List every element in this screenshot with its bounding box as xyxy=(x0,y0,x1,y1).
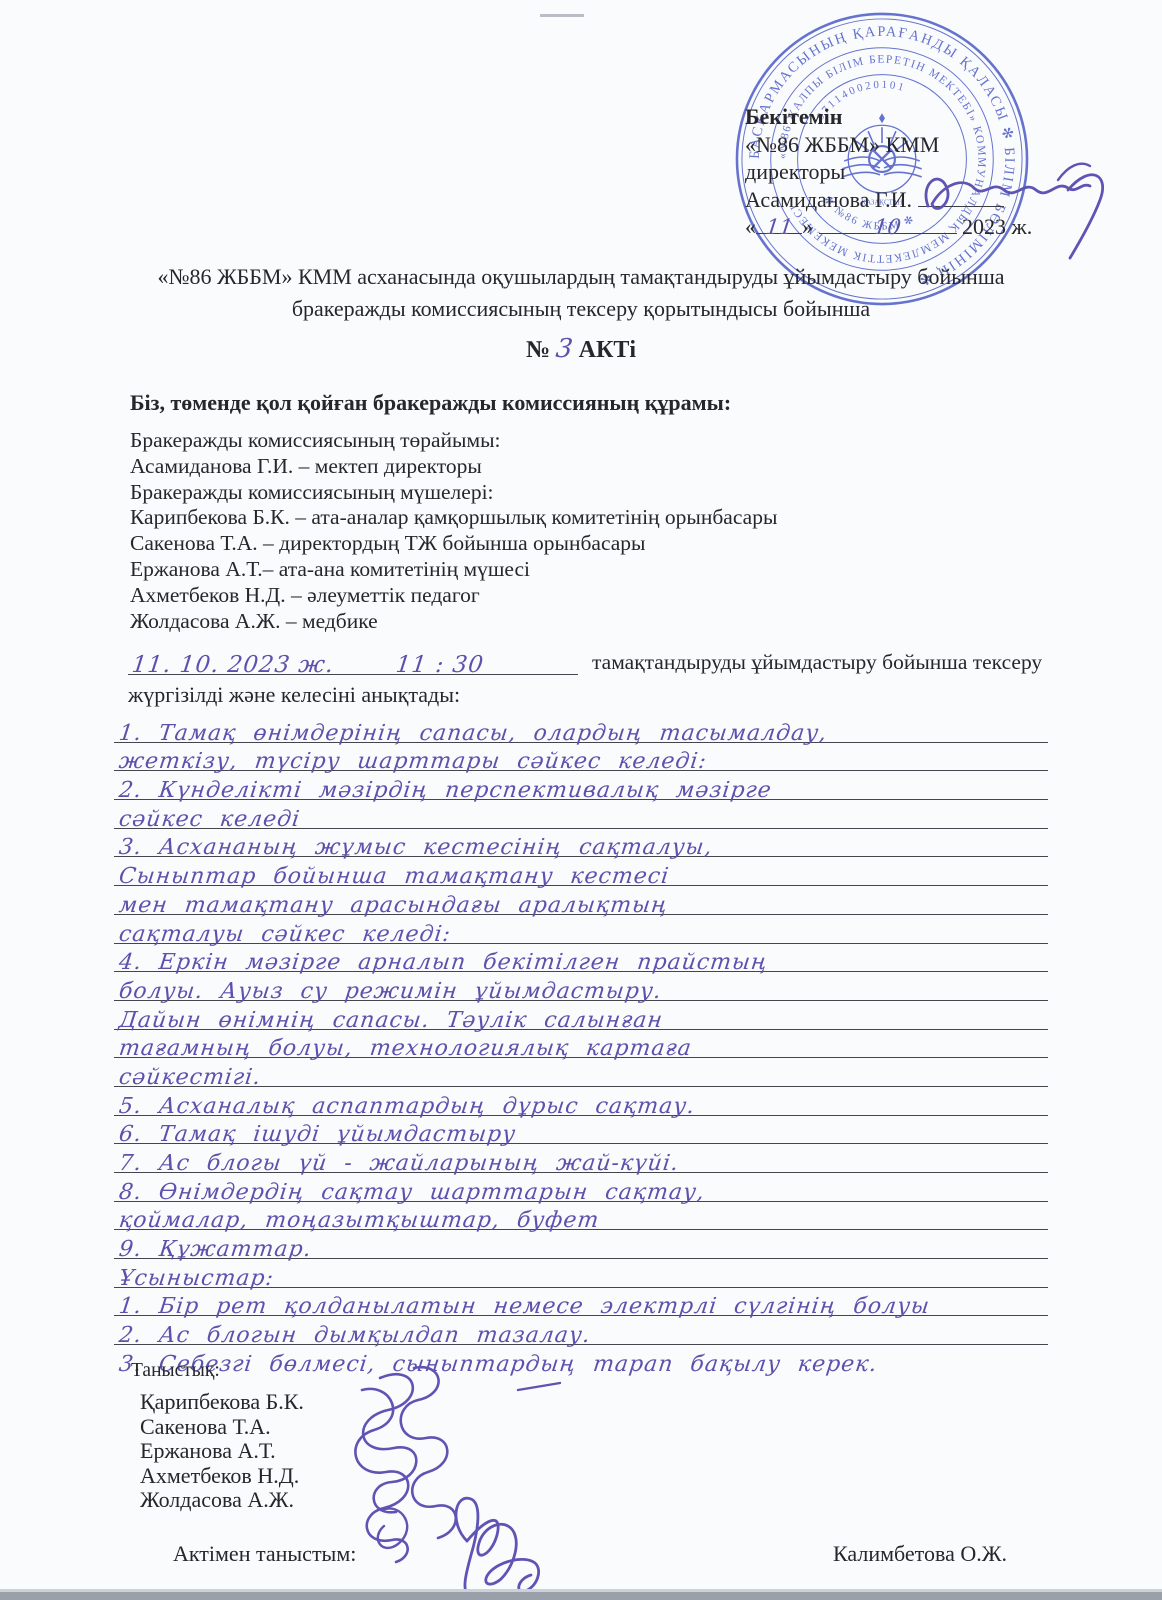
act-familiar-signature xyxy=(437,1483,577,1598)
date-month-handwritten: 10 xyxy=(872,214,902,242)
findings-line: 1. Бір рет қолданылатын немесе электрлі … xyxy=(114,1288,1048,1317)
act-no-prefix: № xyxy=(526,337,550,363)
commission-line: Карипбекова Б.К. – ата-аналар қамқоршылы… xyxy=(130,505,777,531)
inspection-printed-tail: тамақтандыруды ұйымдастыру бойынша тексе… xyxy=(592,650,1042,675)
commission-heading: Біз, төменде қол қойған бракеражды комис… xyxy=(130,390,731,416)
inspection-date-blank: 11. 10. 2023 ж. 11 : 30 xyxy=(128,646,578,675)
scan-artifact xyxy=(540,14,584,17)
commission-line: Ахметбеков Н.Д. – әлеуметтік педагог xyxy=(130,583,777,609)
commission-line: Бракеражды комиссиясының мүшелері: xyxy=(130,480,777,506)
findings-line: Ұсыныстар: xyxy=(114,1259,1048,1288)
signer-name: Жолдасова А.Ж. xyxy=(140,1488,304,1513)
signers-list: Қарипбекова Б.К. Сакенова Т.А. Ержанова … xyxy=(140,1390,304,1513)
findings-line: 2. Ас блогын дымқылдап тазалау. xyxy=(114,1316,1048,1345)
act-no-handwritten: 3 xyxy=(554,334,574,364)
findings-line: сәйкес келеді xyxy=(114,800,1048,829)
findings-line: Дайын өнімнің сапасы. Тәулік салынған xyxy=(114,1001,1048,1030)
findings-line: болуы. Ауыз су режимін ұйымдастыру. xyxy=(114,972,1048,1001)
commission-line: Бракеражды комиссиясының төрайымы: xyxy=(130,428,777,454)
findings-line: 2. Күнделікті мәзірдің перспективалық мә… xyxy=(114,771,1048,800)
findings-line: 7. Ас блогы үй - жайларының жай-күйі. xyxy=(114,1144,1048,1173)
commission-list: Бракеражды комиссиясының төрайымы: Асами… xyxy=(130,428,777,634)
findings-line: сақталуы сәйкес келеді: xyxy=(114,915,1048,944)
familiar-label: Таныстық: xyxy=(131,1360,220,1382)
findings-line: сәйкестігі. xyxy=(114,1058,1048,1087)
findings-section: 1. Тамақ өнімдерінің сапасы, олардың тас… xyxy=(114,714,1048,1373)
commission-line: Асамиданова Г.И. – мектеп директоры xyxy=(130,454,777,480)
findings-line: 1. Тамақ өнімдерінің сапасы, олардың тас… xyxy=(114,714,1048,743)
findings-line: 9. Құжаттар. xyxy=(114,1230,1048,1259)
scanned-act-document: БАСҚАРМАСЫНЫҢ ҚАРАҒАНДЫ ҚАЛАСЫ ✻ БІЛІМ Б… xyxy=(0,0,1162,1600)
inspection-time-handwritten: 11 : 30 xyxy=(394,652,485,678)
director-signature xyxy=(918,158,1118,273)
signer-name: Қарипбекова Б.К. xyxy=(140,1390,304,1415)
findings-line: 8. Өнімдердің сақтау шарттарын сақтау, xyxy=(114,1173,1048,1202)
commission-line: Сакенова Т.А. – директордың ТЖ бойынша о… xyxy=(130,531,777,557)
date-day-handwritten: 11 xyxy=(764,214,794,242)
signer-name: Сакенова Т.А. xyxy=(140,1415,304,1440)
commission-line: Ержанова А.Т.– ата-ана комитетінің мүшес… xyxy=(130,557,777,583)
scan-edge-dark xyxy=(0,1592,1162,1600)
date-quote-open: « xyxy=(745,214,756,239)
director-name: Асамиданова Г.И. xyxy=(745,187,912,212)
findings-line: жеткізу, түсіру шарттары сәйкес келеді: xyxy=(114,743,1048,772)
act-familiar-name: Калимбетова О.Ж. xyxy=(833,1541,1007,1567)
commission-line: Жолдасова А.Ж. – медбике xyxy=(130,609,777,635)
act-no-suffix: АКТі xyxy=(579,337,636,363)
findings-line: мен тамақтану арасындағы аралықтың xyxy=(114,886,1048,915)
title-line-1: «№86 ЖББМ» КММ асханасында оқушылардың т… xyxy=(0,264,1162,290)
title-line-2: бракеражды комиссиясының тексеру қорытын… xyxy=(0,296,1162,322)
findings-line: қоймалар, тоңазытқыштар, буфет xyxy=(114,1202,1048,1231)
inspection-date-handwritten: 11. 10. 2023 ж. xyxy=(130,652,335,678)
approve-label: Бекітемін xyxy=(745,103,1032,131)
findings-line: 3. Асхананың жұмыс кестесінің сақталуы, xyxy=(114,829,1048,858)
findings-line: Сыныптар бойынша тамақтану кестесі xyxy=(114,857,1048,886)
findings-line: тағамның болуы, технологиялық картаға xyxy=(114,1030,1048,1059)
findings-line: 6. Тамақ ішуді ұйымдастыру xyxy=(114,1116,1048,1145)
inspection-printed-line2: жүргізілді және келесіні анықтады: xyxy=(128,682,460,708)
act-number-line: № 3 АКТі xyxy=(0,334,1162,364)
date-quote-close: » xyxy=(802,214,813,239)
approval-org: «№86 ЖББМ» КММ xyxy=(745,131,1032,159)
signer-name: Ержанова А.Т. xyxy=(140,1439,304,1464)
signer-name: Ахметбеков Н.Д. xyxy=(140,1464,304,1489)
findings-line: 4. Еркін мәзірге арналып бекітілген прай… xyxy=(114,944,1048,973)
act-familiar-label: Актімен таныстым: xyxy=(173,1541,356,1567)
findings-line: 5. Асханалық аспаптардың дұрыс сақтау. xyxy=(114,1087,1048,1116)
